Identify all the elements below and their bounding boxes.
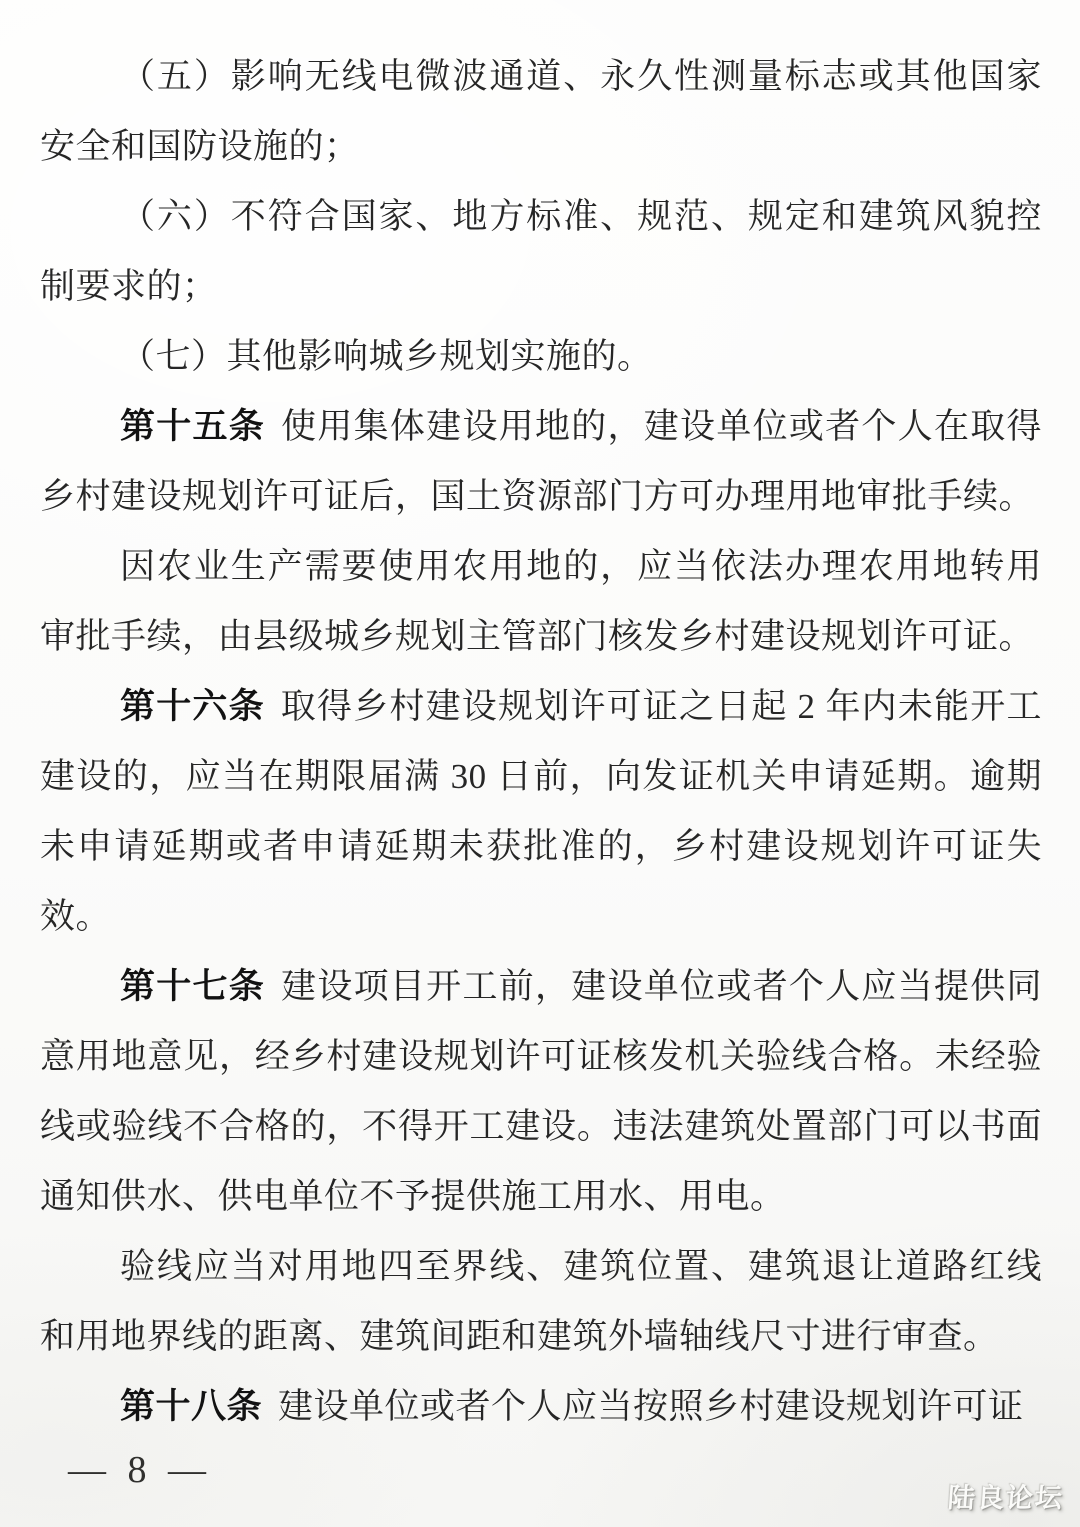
clause-text: （六）不符合国家、地方标准、规范、规定和建筑风貌控制要求的； (40, 197, 1042, 306)
clause-item-6: （六）不符合国家、地方标准、规范、规定和建筑风貌控制要求的； (40, 182, 1042, 322)
page-number: — 8 — (68, 1448, 212, 1492)
clause-text: （五）影响无线电微波通道、永久性测量标志或其他国家安全和国防设施的； (40, 57, 1042, 166)
article-text: 因农业生产需要使用农用地的，应当依法办理农用地转用审批手续，由县级城乡规划主管部… (40, 547, 1042, 656)
article-15-term: 第十五条 (120, 407, 265, 446)
clause-item-7: （七）其他影响城乡规划实施的。 (40, 322, 1042, 392)
article-text: 验线应当对用地四至界线、建筑位置、建筑退让道路红线和用地界线的距离、建筑间距和建… (40, 1247, 1042, 1356)
article-17-paragraph: 第十七条建设项目开工前，建设单位或者个人应当提供同意用地意见，经乡村建设规划许可… (40, 952, 1042, 1232)
document-page: { "page": { "page_number": "— 8 —", "wat… (0, 0, 1080, 1527)
document-text-block: （五）影响无线电微波通道、永久性测量标志或其他国家安全和国防设施的； （六）不符… (40, 42, 1042, 1442)
article-text: 建设单位或者个人应当按照乡村建设规划许可证 (278, 1387, 1024, 1426)
article-16-paragraph: 第十六条取得乡村建设规划许可证之日起 2 年内未能开工建设的，应当在期限届满 3… (40, 672, 1042, 952)
article-17-term: 第十七条 (120, 967, 265, 1006)
article-18-term: 第十八条 (120, 1387, 262, 1426)
article-17-paragraph-2: 验线应当对用地四至界线、建筑位置、建筑退让道路红线和用地界线的距离、建筑间距和建… (40, 1232, 1042, 1372)
article-16-term: 第十六条 (120, 687, 265, 726)
clause-item-5: （五）影响无线电微波通道、永久性测量标志或其他国家安全和国防设施的； (40, 42, 1042, 182)
article-18-paragraph: 第十八条建设单位或者个人应当按照乡村建设规划许可证 (40, 1372, 1042, 1442)
article-15-paragraph: 第十五条使用集体建设用地的，建设单位或者个人在取得乡村建设规划许可证后，国土资源… (40, 392, 1042, 532)
article-15-paragraph-2: 因农业生产需要使用农用地的，应当依法办理农用地转用审批手续，由县级城乡规划主管部… (40, 532, 1042, 672)
clause-text: （七）其他影响城乡规划实施的。 (120, 337, 653, 376)
forum-watermark: 陆良论坛 (947, 1476, 1066, 1515)
